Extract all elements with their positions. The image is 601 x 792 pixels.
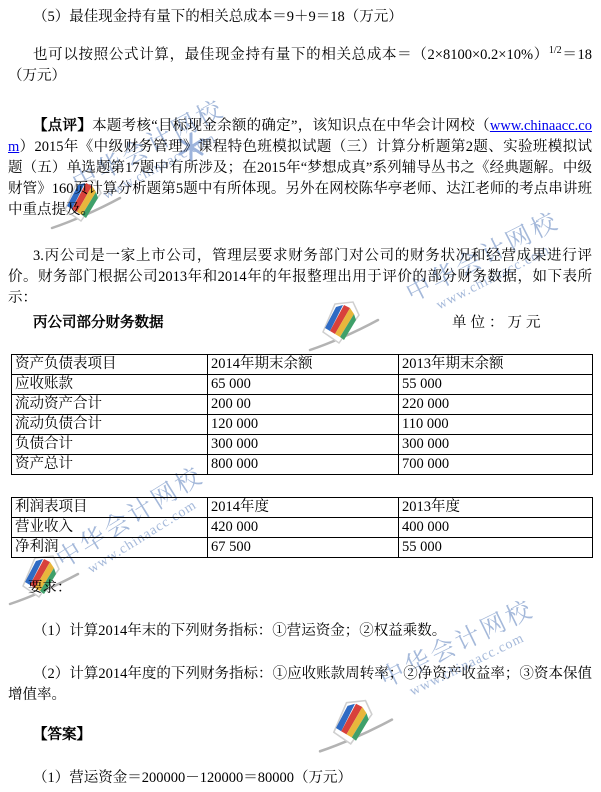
table-cell: 120 000 xyxy=(208,415,399,435)
table-cell: 资产总计 xyxy=(12,455,208,475)
requirement-2: （2）计算2014年度的下列财务指标：①应收账款周转率；②净资产收益率；③资本保… xyxy=(8,664,592,706)
table-row: 营业收入 420 000 400 000 xyxy=(12,518,593,538)
table-row: 负债合计 300 000 300 000 xyxy=(12,435,593,455)
formula-paragraph: 也可以按照公式计算，最佳现金持有量下的相关总成本＝（2×8100×0.2×10%… xyxy=(8,45,592,87)
table-cell: 55 000 xyxy=(399,375,593,395)
table-caption-row: 丙公司部分财务数据 单位：万元 xyxy=(0,311,601,332)
table-cell: 65 000 xyxy=(208,375,399,395)
table-cell: 420 000 xyxy=(208,518,399,538)
table-cell: 55 000 xyxy=(399,538,593,558)
income-statement-table: 利润表项目 2014年度 2013年度 营业收入 420 000 400 000… xyxy=(11,497,593,558)
table-cell: 300 000 xyxy=(399,435,593,455)
question3-paragraph: 3.丙公司是一家上市公司，管理层要求财务部门对公司的财务状况和经营成果进行评价。… xyxy=(8,246,592,309)
comment-text-before-link: 本题考核“目标现金余额的确定”，该知识点在中华会计网校（ xyxy=(92,118,490,134)
table-row: 流动资产合计 200 00 220 000 xyxy=(12,395,593,415)
table-header-row: 利润表项目 2014年度 2013年度 xyxy=(12,498,593,518)
table-cell: 营业收入 xyxy=(12,518,208,538)
table-header-cell: 2014年期末余额 xyxy=(208,355,399,375)
table-header-cell: 利润表项目 xyxy=(12,498,208,518)
table-cell: 700 000 xyxy=(399,455,593,475)
table-row: 资产总计 800 000 700 000 xyxy=(12,455,593,475)
answer-label: 【答案】 xyxy=(8,725,592,746)
balance-sheet-table: 资产负债表项目 2014年期末余额 2013年期末余额 应收账款 65 000 … xyxy=(11,354,593,475)
table-header-cell: 2014年度 xyxy=(208,498,399,518)
unit-label: 单位：万元 xyxy=(452,311,545,332)
table-caption: 丙公司部分财务数据 xyxy=(33,311,164,332)
point5-line: （5）最佳现金持有量下的相关总成本＝9＋9＝18（万元） xyxy=(8,7,592,28)
table-cell: 800 000 xyxy=(208,455,399,475)
table-cell: 300 000 xyxy=(208,435,399,455)
table-cell: 67 500 xyxy=(208,538,399,558)
table-cell: 流动资产合计 xyxy=(12,395,208,415)
table-cell: 220 000 xyxy=(399,395,593,415)
table-cell: 负债合计 xyxy=(12,435,208,455)
exam-document-page: 中华会计网校 www.chinaacc.com 中华会计网校 www.china… xyxy=(0,0,601,792)
requirement-1: （1）计算2014年末的下列财务指标：①营运资金；②权益乘数。 xyxy=(8,621,592,642)
table-row: 净利润 67 500 55 000 xyxy=(12,538,593,558)
formula-exponent: 1/2 xyxy=(549,45,562,56)
table-header-cell: 资产负债表项目 xyxy=(12,355,208,375)
comment-text-after-link: ）2015年《中级财务管理》课程特色班模拟试题（三）计算分析题第2题、实验班模拟… xyxy=(8,139,592,218)
table-cell: 400 000 xyxy=(399,518,593,538)
table-cell: 流动负债合计 xyxy=(12,415,208,435)
comment-label: 【点评】 xyxy=(33,118,92,134)
answer-line-1: （1）营运资金＝200000－120000＝80000（万元） xyxy=(8,768,592,789)
table-row: 应收账款 65 000 55 000 xyxy=(12,375,593,395)
table-cell: 应收账款 xyxy=(12,375,208,395)
table-cell: 净利润 xyxy=(12,538,208,558)
table-header-row: 资产负债表项目 2014年期末余额 2013年期末余额 xyxy=(12,355,593,375)
table-header-cell: 2013年期末余额 xyxy=(399,355,593,375)
formula-pre: 也可以按照公式计算，最佳现金持有量下的相关总成本＝（2×8100×0.2×10%… xyxy=(33,47,549,63)
table-row: 流动负债合计 120 000 110 000 xyxy=(12,415,593,435)
table-cell: 110 000 xyxy=(399,415,593,435)
comment-paragraph: 【点评】本题考核“目标现金余额的确定”，该知识点在中华会计网校（www.chin… xyxy=(8,116,592,221)
table-cell: 200 00 xyxy=(208,395,399,415)
table-header-cell: 2013年度 xyxy=(399,498,593,518)
requirements-label: 要求： xyxy=(28,578,592,599)
